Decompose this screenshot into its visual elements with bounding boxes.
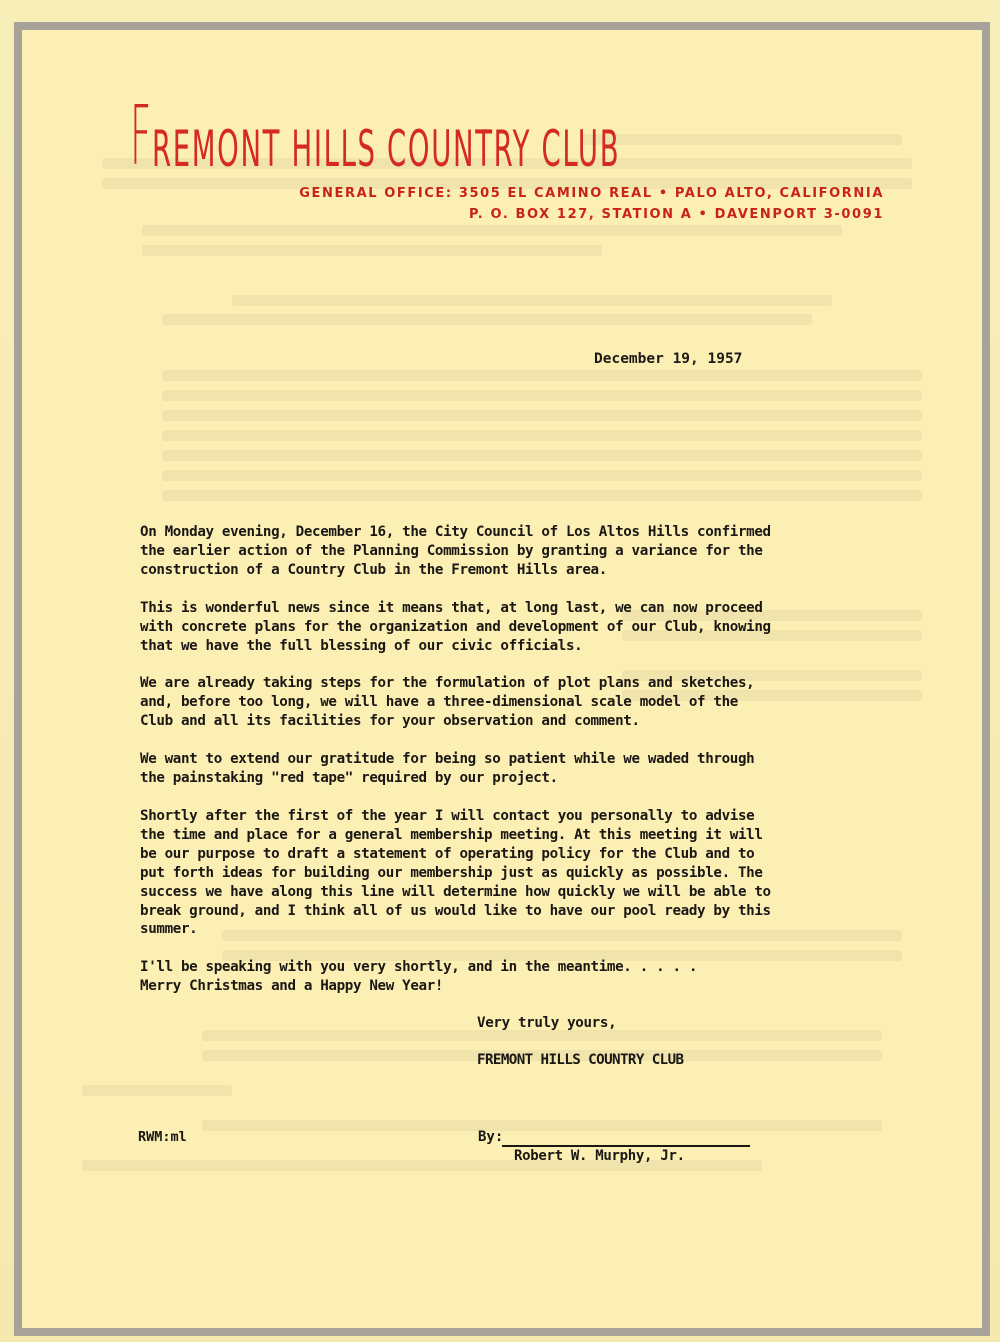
- signer-name: Robert W. Murphy, Jr.: [514, 1148, 685, 1164]
- body-paragraph: We are already taking steps for the form…: [140, 674, 880, 731]
- typist-initials: RWM:ml: [138, 1129, 187, 1145]
- letterhead-address: GENERAL OFFICE: 3505 EL CAMINO REAL • PA…: [299, 186, 884, 201]
- body-paragraph: We want to extend our gratitude for bein…: [140, 750, 880, 788]
- signature-by-label: By:: [478, 1129, 503, 1145]
- letter-date: December 19, 1957: [594, 351, 742, 367]
- letterhead-contact: P. O. BOX 127, STATION A • DAVENPORT 3-0…: [469, 207, 884, 222]
- letter-page: F REMONT HILLS COUNTRY CLUB GENERAL OFFI…: [22, 30, 982, 1328]
- body-paragraph: On Monday evening, December 16, the City…: [140, 523, 880, 580]
- closing-organization: FREMONT HILLS COUNTRY CLUB: [477, 1052, 683, 1068]
- signature-line: [502, 1145, 750, 1147]
- body-paragraph: Shortly after the first of the year I wi…: [140, 807, 880, 939]
- body-paragraph: This is wonderful news since it means th…: [140, 599, 880, 656]
- body-paragraph: I'll be speaking with you very shortly, …: [140, 958, 880, 996]
- letterhead-title-initial: F: [130, 96, 151, 178]
- letterhead-title-text: REMONT HILLS COUNTRY CLUB: [152, 124, 620, 174]
- closing-salutation: Very truly yours,: [477, 1015, 616, 1031]
- letter-body: On Monday evening, December 16, the City…: [140, 523, 880, 1015]
